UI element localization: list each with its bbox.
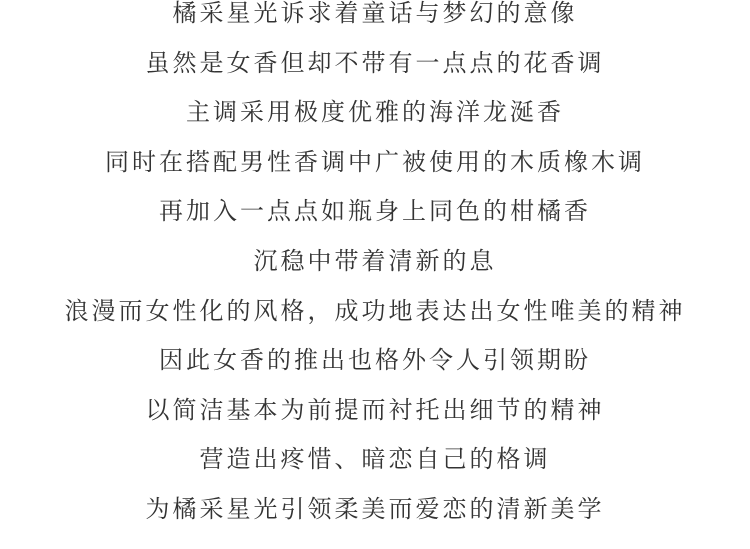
text-line: 再加入一点点如瓶身上同色的柑橘香: [0, 187, 750, 237]
text-block: 橘采星光诉求着童话与梦幻的意像 虽然是女香但却不带有一点点的花香调 主调采用极度…: [0, 0, 750, 535]
text-line: 虽然是女香但却不带有一点点的花香调: [0, 39, 750, 89]
document-page: 橘采星光诉求着童话与梦幻的意像 虽然是女香但却不带有一点点的花香调 主调采用极度…: [0, 0, 750, 538]
text-line: 为橘采星光引领柔美而爱恋的清新美学: [0, 485, 750, 535]
text-line: 橘采星光诉求着童话与梦幻的意像: [0, 0, 750, 39]
text-line: 浪漫而女性化的风格，成功地表达出女性唯美的精神: [0, 287, 750, 337]
text-line: 以简洁基本为前提而衬托出细节的精神: [0, 386, 750, 436]
text-line: 同时在搭配男性香调中广被使用的木质橡木调: [0, 138, 750, 188]
text-line: 主调采用极度优雅的海洋龙涎香: [0, 88, 750, 138]
text-line: 因此女香的推出也格外令人引领期盼: [0, 336, 750, 386]
text-line: 沉稳中带着清新的息: [0, 237, 750, 287]
text-line: 营造出疼惜、暗恋自己的格调: [0, 435, 750, 485]
